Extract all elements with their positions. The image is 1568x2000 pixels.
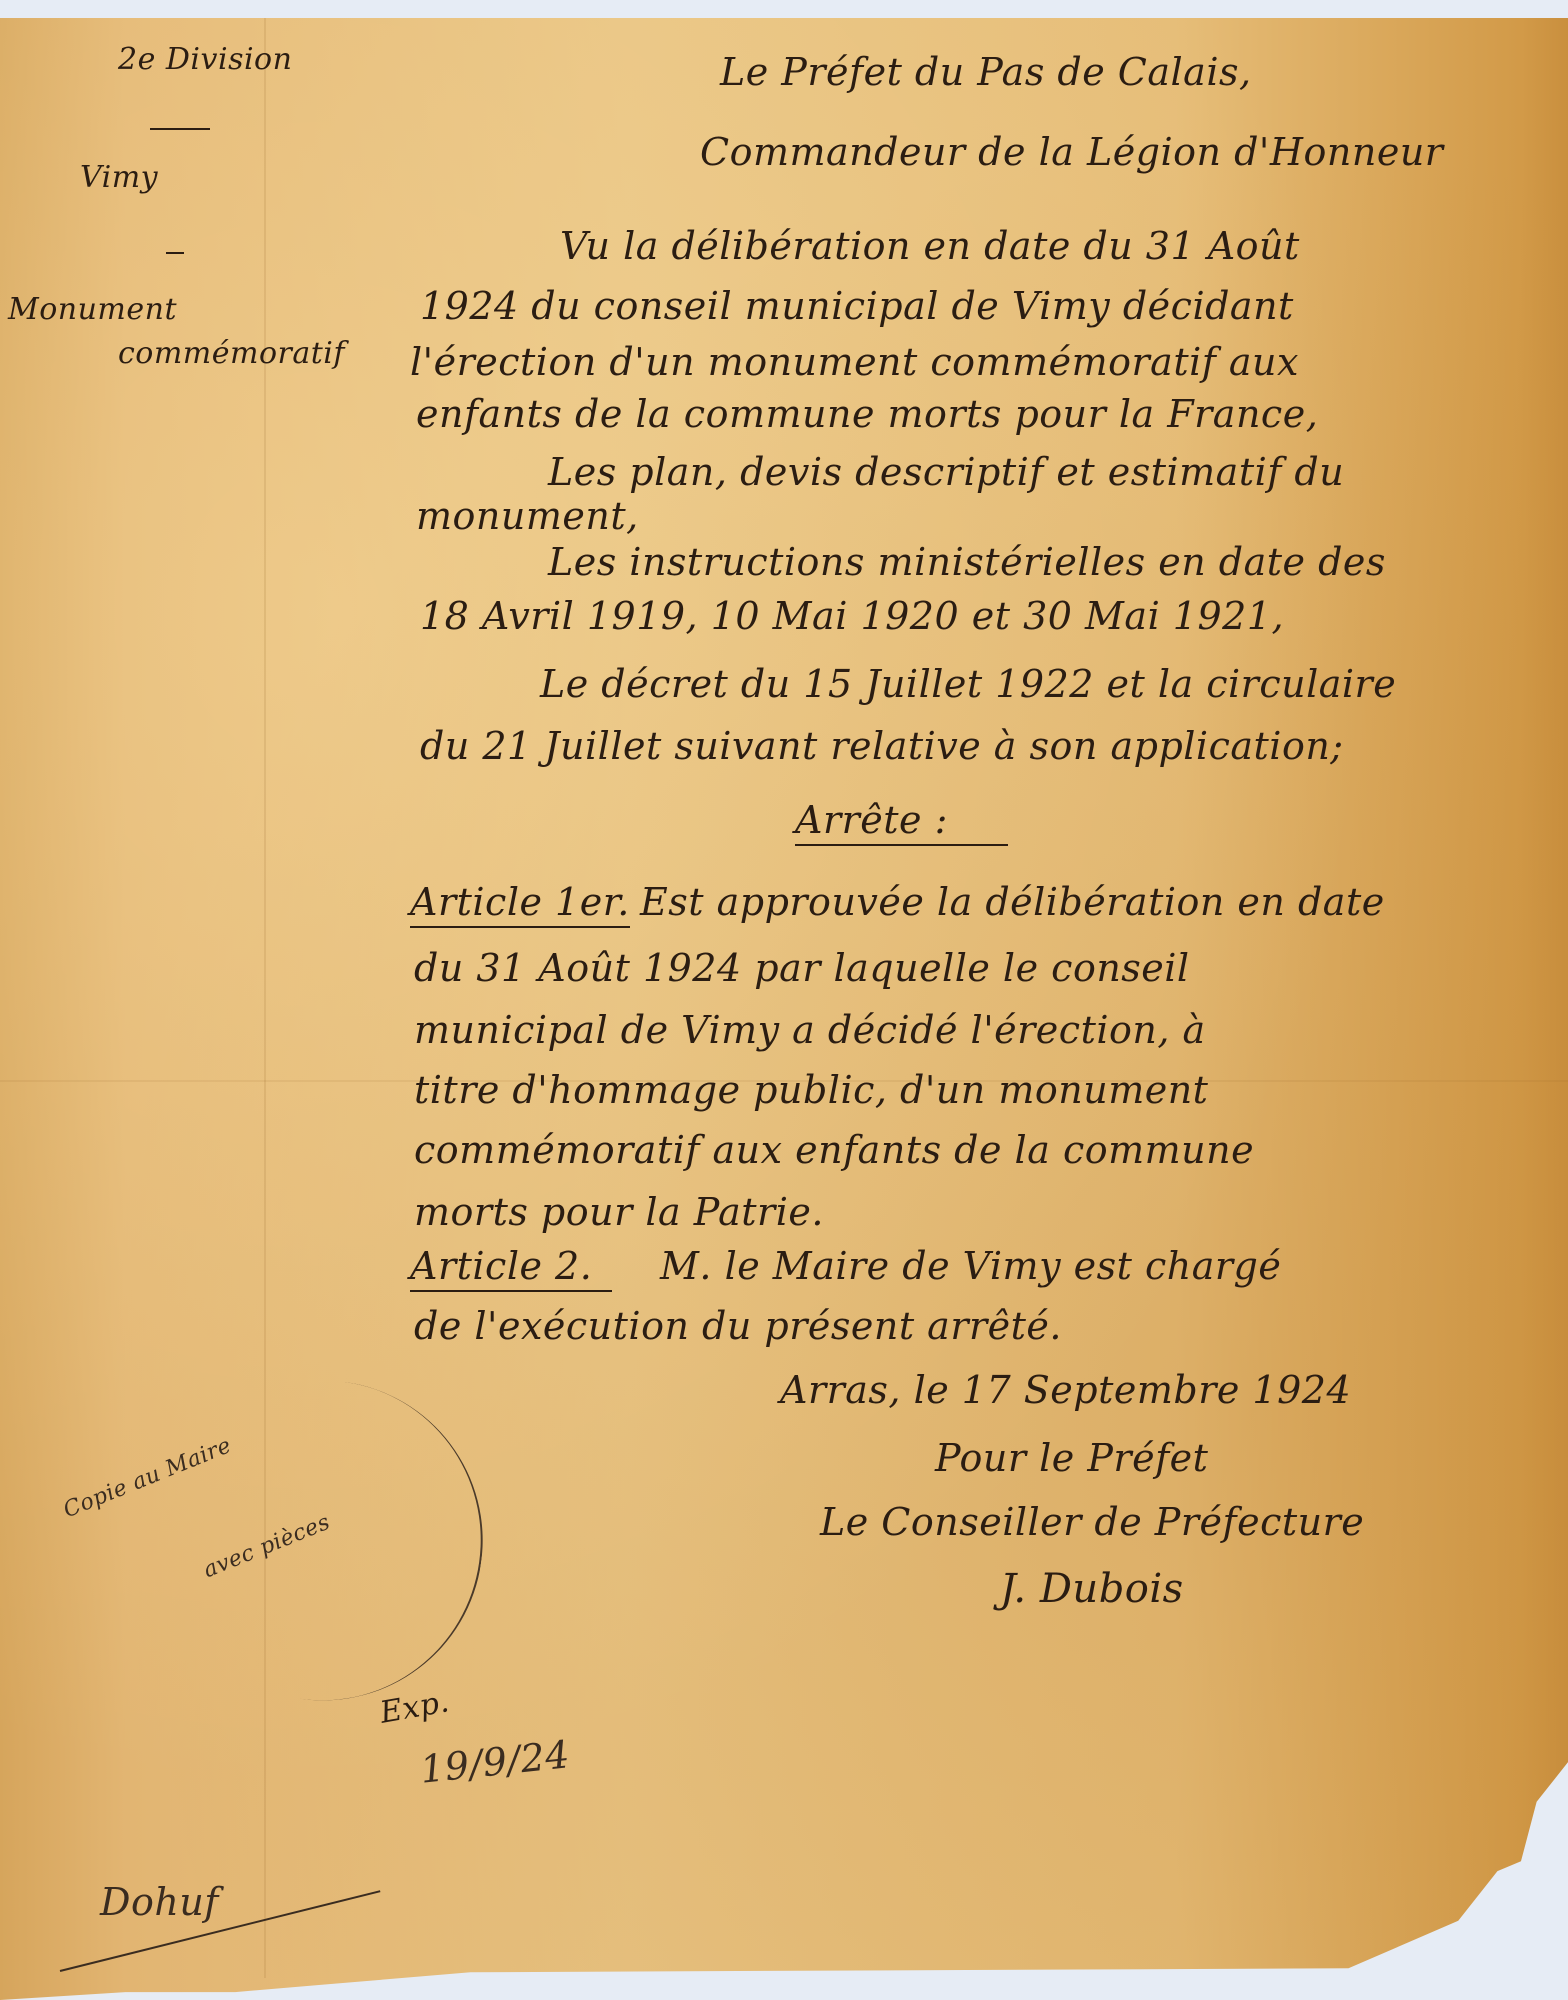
margin-commune: Vimy xyxy=(80,160,158,195)
margin-subject-1: Monument xyxy=(8,292,177,327)
preamble-line: Les plan, devis descriptif et estimatif … xyxy=(548,450,1344,494)
preamble-line: 18 Avril 1919, 10 Mai 1920 et 30 Mai 192… xyxy=(420,594,1284,638)
preamble-line: 1924 du conseil municipal de Vimy décida… xyxy=(420,284,1294,328)
place-date: Arras, le 17 Septembre 1924 xyxy=(780,1368,1351,1412)
preamble-line: Vu la délibération en date du 31 Août xyxy=(560,224,1300,268)
bottom-signature: Dohuf xyxy=(100,1880,219,1924)
preamble-line: du 21 Juillet suivant relative à son app… xyxy=(420,724,1344,768)
preamble-line: l'érection d'un monument commémoratif au… xyxy=(410,340,1299,384)
header-prefect: Le Préfet du Pas de Calais, xyxy=(720,50,1252,94)
for-prefect: Pour le Préfet xyxy=(935,1436,1208,1480)
preamble-line: enfants de la commune morts pour la Fran… xyxy=(416,392,1318,436)
article-line: de l'exécution du présent arrêté. xyxy=(414,1304,1062,1348)
decision-heading: Arrête : xyxy=(795,798,1008,846)
preamble-line: Les instructions ministérielles en date … xyxy=(548,540,1386,584)
preamble-line: monument, xyxy=(416,494,639,538)
article-line: commémoratif aux enfants de la commune xyxy=(414,1128,1254,1172)
header-title: Commandeur de la Légion d'Honneur xyxy=(700,130,1443,174)
article-1-label: Article 1er. xyxy=(410,880,630,928)
divider xyxy=(166,252,184,254)
signature: J. Dubois xyxy=(1000,1566,1184,1612)
article-line: morts pour la Patrie. xyxy=(414,1190,824,1234)
article-line: municipal de Vimy a décidé l'érection, à xyxy=(414,1008,1206,1052)
article-line: Est approuvée la délibération en date xyxy=(640,880,1385,924)
signatory-title: Le Conseiller de Préfecture xyxy=(820,1500,1364,1544)
article-line: du 31 Août 1924 par laquelle le conseil xyxy=(414,946,1190,990)
article-line: titre d'hommage public, d'un monument xyxy=(414,1068,1208,1112)
margin-fold xyxy=(264,18,266,1978)
margin-division: 2e Division xyxy=(118,42,292,77)
divider xyxy=(150,128,210,130)
preamble-line: Le décret du 15 Juillet 1922 et la circu… xyxy=(540,662,1396,706)
article-2-label: Article 2. xyxy=(410,1244,612,1292)
margin-subject-2: commémoratif xyxy=(118,336,345,371)
article-line: M. le Maire de Vimy est chargé xyxy=(660,1244,1281,1288)
